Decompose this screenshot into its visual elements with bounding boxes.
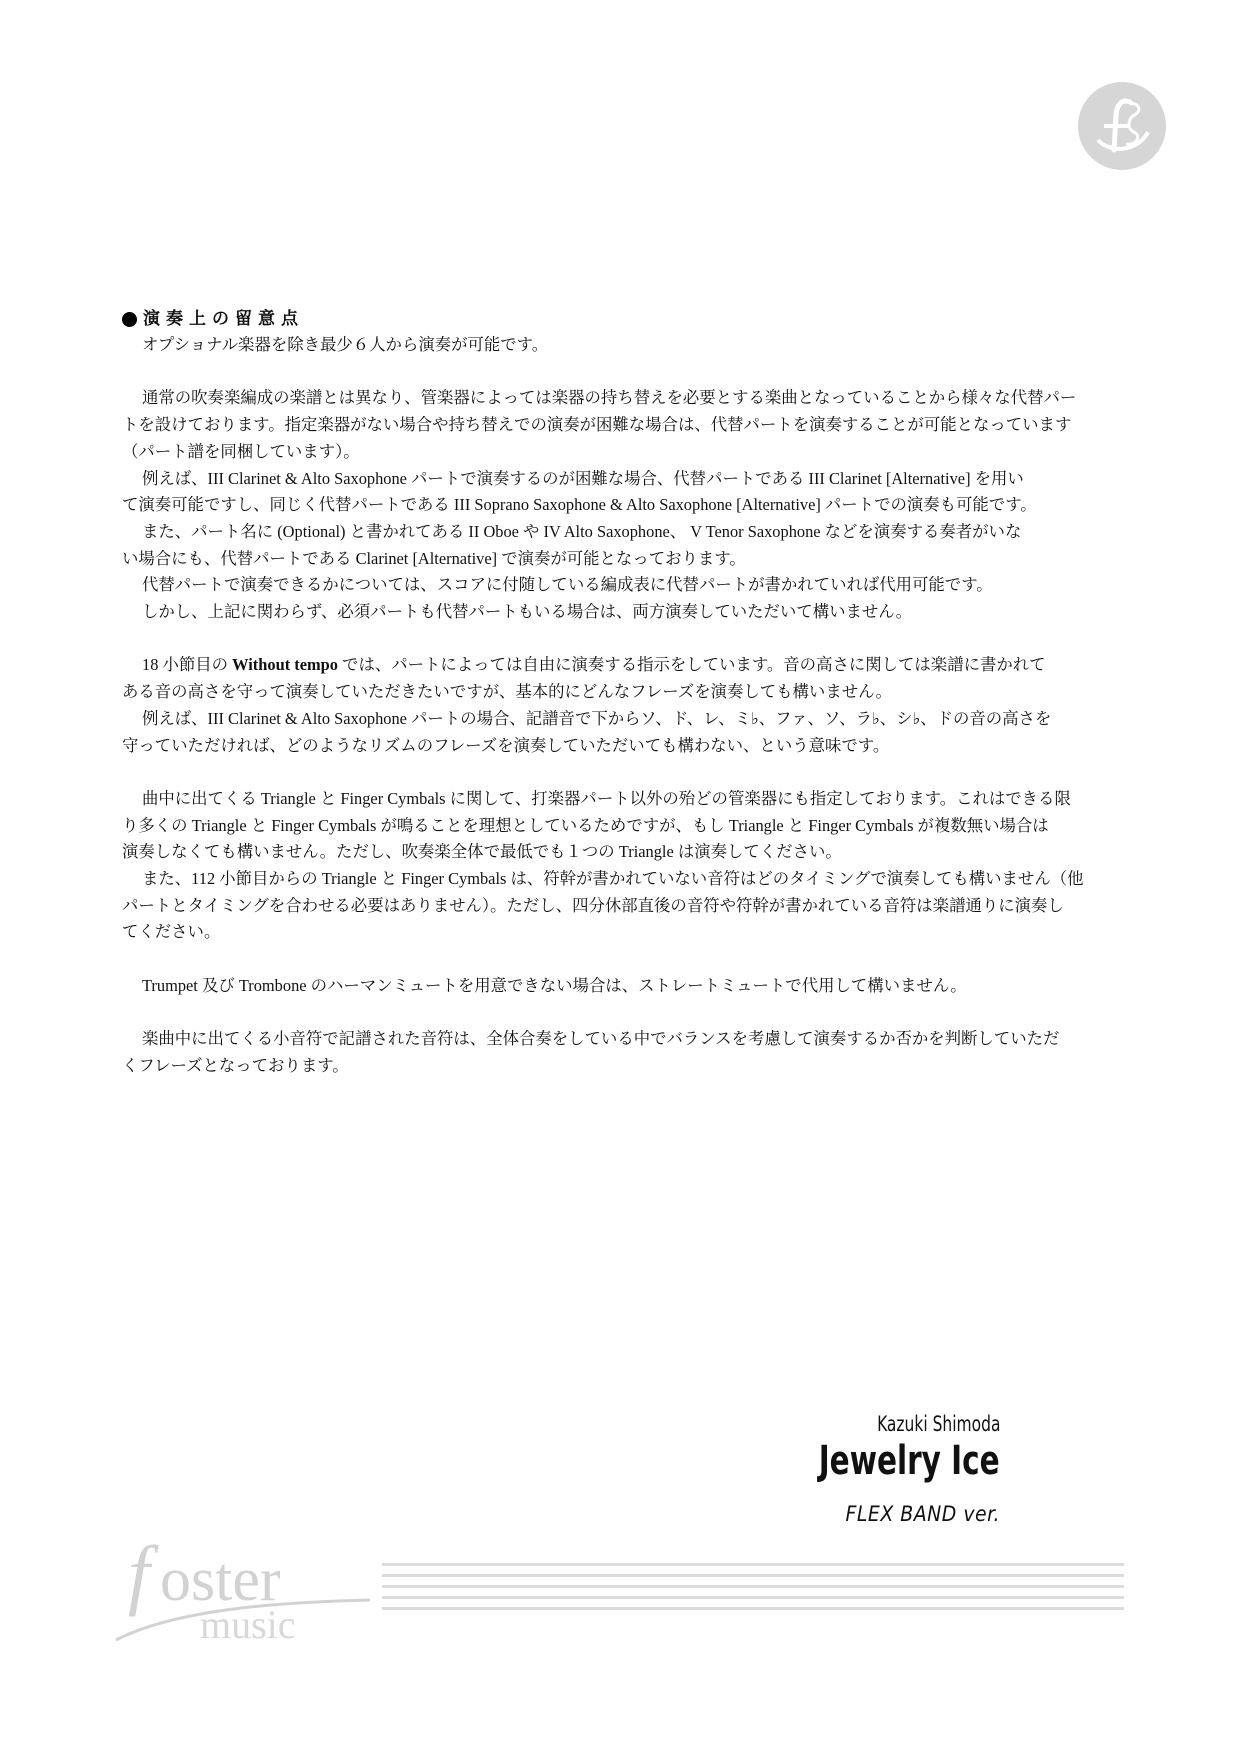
text-line: オプショナル楽器を除き最少６人から演奏が可能です。 (122, 332, 1002, 359)
decorative-staff-lines (382, 1563, 1124, 1618)
text-line: Trumpet 及び Trombone のハーマンミュートを用意できない場合は、… (122, 973, 1002, 1000)
text-line: り多くの Triangle と Finger Cymbals が鳴ることを理想と… (122, 813, 1002, 840)
text-line: て演奏可能ですし、同じく代替パートである III Soprano Saxopho… (122, 492, 1002, 519)
text-line: てください。 (122, 919, 1002, 946)
text-line: ある音の高さを守って演奏していただきたいですが、基本的にどんなフレーズを演奏して… (122, 679, 1002, 706)
paragraph-cue-notes: 楽曲中に出てくる小音符で記譜された音符は、全体合奏をしている中でバランスを考慮し… (122, 1026, 1002, 1079)
paragraph-triangle-cymbals: 曲中に出てくる Triangle と Finger Cymbals に関して、打… (122, 786, 1002, 946)
text-line: 楽曲中に出てくる小音符で記譜された音符は、全体合奏をしている中でバランスを考慮し… (122, 1026, 1002, 1053)
bullet-icon (122, 312, 137, 327)
text-line: 例えば、III Clarinet & Alto Saxophone パートで演奏… (122, 466, 1002, 493)
text-line: 演奏しなくても構いません。ただし、吹奏楽全体で最低でも１つの Triangle … (122, 839, 1002, 866)
text-fragment: では、パートによっては自由に演奏する指示をしています。音の高さに関しては楽譜に書… (338, 655, 1046, 674)
text-line: また、パート名に (Optional) と書かれてある II Oboe や IV… (122, 519, 1002, 546)
text-line: また、112 小節目からの Triangle と Finger Cymbals … (122, 866, 1002, 893)
text-line: い場合にも、代替パートである Clarinet [Alternative] で演… (122, 546, 1002, 573)
foster-music-logo: f oster music (108, 1530, 388, 1650)
text-line: 守っていただければ、どのようなリズムのフレーズを演奏していただいても構わない、と… (122, 733, 1002, 760)
notes-heading: 演奏上の留意点 (122, 306, 1002, 332)
text-line: パートとタイミングを合わせる必要はありません）。ただし、四分休部直後の音符や符幹… (122, 893, 1002, 920)
paragraph-alternative-parts: 通常の吹奏楽編成の楽譜とは異なり、管楽器によっては楽器の持ち替えを必要とする楽曲… (122, 385, 1002, 625)
without-tempo-term: Without tempo (232, 655, 338, 674)
composer-name: Kazuki Shimoda (877, 1412, 1000, 1436)
text-line: 例えば、III Clarinet & Alto Saxophone パートの場合… (122, 706, 1002, 733)
edition-subtitle: FLEX BAND ver. (846, 1502, 1000, 1526)
brand-bottom-text: music (200, 1602, 296, 1647)
text-line: 通常の吹奏楽編成の楽譜とは異なり、管楽器によっては楽器の持ち替えを必要とする楽曲… (122, 385, 1002, 412)
performance-notes: 演奏上の留意点 オプショナル楽器を除き最少６人から演奏が可能です。 通常の吹奏楽… (122, 306, 1002, 1080)
paragraph-without-tempo: 18 小節目の Without tempo では、パートによっては自由に演奏する… (122, 652, 1002, 759)
notes-heading-text: 演奏上の留意点 (143, 306, 304, 332)
text-line: くフレーズとなっております。 (122, 1053, 1002, 1080)
paragraph-mutes: Trumpet 及び Trombone のハーマンミュートを用意できない場合は、… (122, 973, 1002, 1000)
text-line: しかし、上記に関わらず、必須パートも代替パートもいる場合は、両方演奏していただい… (122, 599, 1002, 626)
svg-text:f: f (128, 1530, 159, 1617)
piece-title: Jewelry Ice (819, 1438, 1000, 1484)
foster-corner-logo-icon (1078, 82, 1166, 170)
text-line: （パート譜を同梱しています）。 (122, 439, 1002, 466)
text-fragment: 18 小節目の (142, 655, 232, 674)
paragraph-min-players: オプショナル楽器を除き最少６人から演奏が可能です。 (122, 332, 1002, 359)
text-line: 18 小節目の Without tempo では、パートによっては自由に演奏する… (122, 652, 1002, 679)
text-line: トを設けております。指定楽器がない場合や持ち替えでの演奏が困難な場合は、代替パー… (122, 412, 1002, 439)
text-line: 曲中に出てくる Triangle と Finger Cymbals に関して、打… (122, 786, 1002, 813)
text-line: 代替パートで演奏できるかについては、スコアに付随している編成表に代替パートが書か… (122, 572, 1002, 599)
